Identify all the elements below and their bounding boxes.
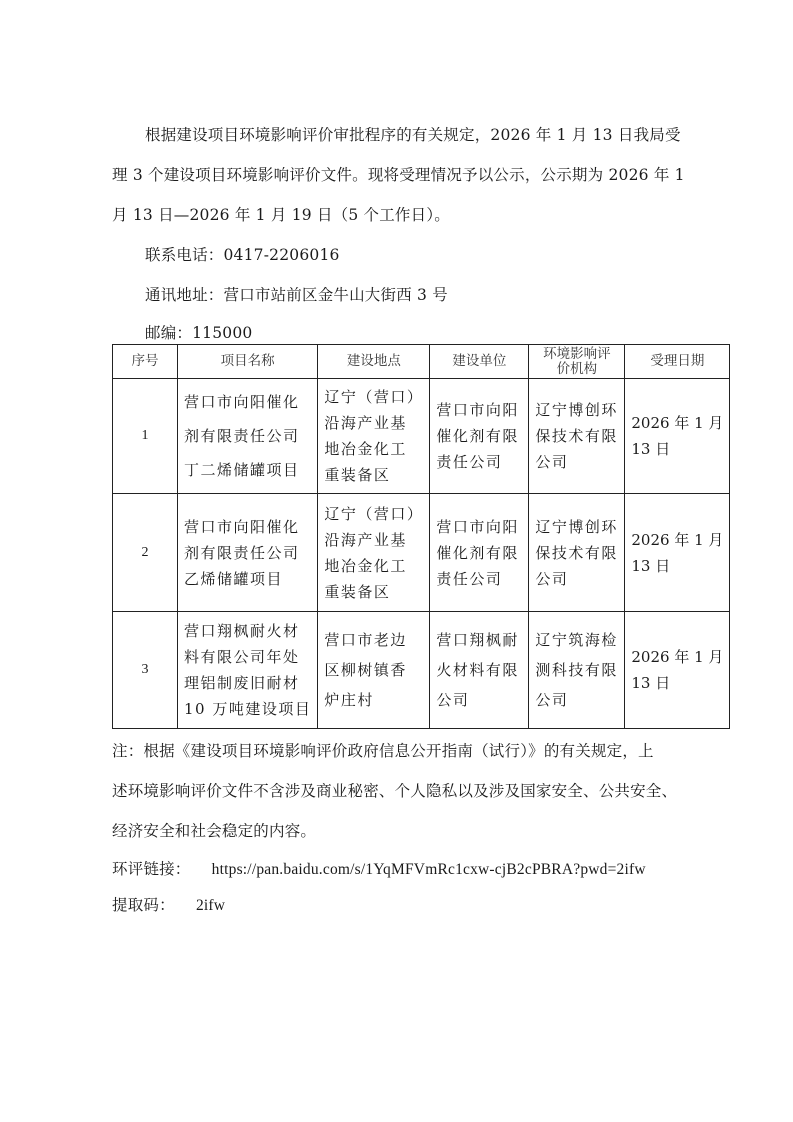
header-builder: 建设单位 <box>430 345 529 379</box>
cell-name: 营口市向阳催化 剂有限责任公司 乙烯储罐项目 <box>178 494 318 612</box>
cell-line: 营口市向阳催化 <box>184 385 311 419</box>
cell-line: 营口市老边 <box>324 625 423 655</box>
cell-name: 营口翔枫耐火材 料有限公司年处 理铝制废旧耐材 10 万吨建设项目 <box>178 612 318 729</box>
cell-agency: 辽宁博创环 保技术有限 公司 <box>529 379 625 494</box>
extraction-code-label: 提取码： <box>112 896 175 914</box>
cell-line: 剂有限责任公司 <box>184 540 311 566</box>
eia-link-row: 环评链接： https://pan.baidu.com/s/1YqMFVmRc1… <box>112 857 696 879</box>
cell-line: 重装备区 <box>324 462 423 488</box>
cell-line: 辽宁筑海检 <box>535 625 618 655</box>
cell-line: 2026 年 1 月 <box>631 644 723 670</box>
intro-line-3: 月 13 日—2026 年 1 月 19 日（5 个工作日）。 <box>112 203 696 225</box>
cell-line: 10 万吨建设项目 <box>184 696 311 722</box>
header-agency-line: 价机构 <box>535 362 618 377</box>
cell-builder: 营口市向阳 催化剂有限 责任公司 <box>430 379 529 494</box>
note-line-3: 经济安全和社会稳定的内容。 <box>112 819 696 841</box>
cell-line: 辽宁博创环 <box>535 514 618 540</box>
cell-line: 沿海产业基 <box>324 410 423 436</box>
postcode: 邮编：115000 <box>145 321 729 343</box>
cell-line: 责任公司 <box>436 566 522 592</box>
eia-link-label: 环评链接： <box>112 860 191 878</box>
cell-line: 催化剂有限 <box>436 423 522 449</box>
cell-line: 理铝制废旧耐材 <box>184 670 311 696</box>
cell-line: 保技术有限 <box>535 540 618 566</box>
cell-agency: 辽宁博创环 保技术有限 公司 <box>529 494 625 612</box>
cell-builder: 营口市向阳 催化剂有限 责任公司 <box>430 494 529 612</box>
cell-date: 2026 年 1 月 13 日 <box>625 379 730 494</box>
cell-line: 营口市向阳 <box>436 514 522 540</box>
cell-line: 2026 年 1 月 <box>631 410 723 436</box>
cell-date: 2026 年 1 月 13 日 <box>625 612 730 729</box>
cell-line: 地冶金化工 <box>324 436 423 462</box>
cell-line: 丁二烯储罐项目 <box>184 453 311 487</box>
table-row: 1 营口市向阳催化 剂有限责任公司 丁二烯储罐项目 辽宁（营口） 沿海产业基 地… <box>113 379 730 494</box>
cell-line: 公司 <box>436 685 522 715</box>
cell-location: 辽宁（营口） 沿海产业基 地冶金化工 重装备区 <box>318 494 430 612</box>
extraction-code-row: 提取码： 2ifw <box>112 893 696 915</box>
cell-no: 2 <box>113 494 178 612</box>
cell-line: 保技术有限 <box>535 423 618 449</box>
cell-line: 13 日 <box>631 670 723 696</box>
cell-line: 13 日 <box>631 436 723 462</box>
cell-line: 13 日 <box>631 553 723 579</box>
cell-line: 催化剂有限 <box>436 540 522 566</box>
cell-agency: 辽宁筑海检 测科技有限 公司 <box>529 612 625 729</box>
cell-date: 2026 年 1 月 13 日 <box>625 494 730 612</box>
cell-line: 火材料有限 <box>436 655 522 685</box>
cell-line: 辽宁（营口） <box>324 384 423 410</box>
cell-line: 辽宁（营口） <box>324 501 423 527</box>
cell-line: 营口市向阳 <box>436 397 522 423</box>
cell-line: 地冶金化工 <box>324 553 423 579</box>
cell-line: 剂有限责任公司 <box>184 419 311 453</box>
extraction-code-value: 2ifw <box>196 897 225 914</box>
cell-line: 测科技有限 <box>535 655 618 685</box>
header-name: 项目名称 <box>178 345 318 379</box>
note-line-1: 注：根据《建设项目环境影响评价政府信息公开指南（试行）》的有关规定，上 <box>112 739 696 761</box>
header-agency: 环境影响评 价机构 <box>529 345 625 379</box>
cell-no: 1 <box>113 379 178 494</box>
cell-line: 责任公司 <box>436 449 522 475</box>
cell-line: 公司 <box>535 449 618 475</box>
cell-line: 营口翔枫耐火材 <box>184 618 311 644</box>
table-header-row: 序号 项目名称 建设地点 建设单位 环境影响评 价机构 受理日期 <box>113 345 730 379</box>
cell-line: 公司 <box>535 685 618 715</box>
contact-address: 通讯地址：营口市站前区金牛山大街西 3 号 <box>145 283 729 305</box>
cell-line: 炉庄村 <box>324 685 423 715</box>
table-row: 2 营口市向阳催化 剂有限责任公司 乙烯储罐项目 辽宁（营口） 沿海产业基 地冶… <box>113 494 730 612</box>
cell-line: 料有限公司年处 <box>184 644 311 670</box>
cell-no: 3 <box>113 612 178 729</box>
header-location: 建设地点 <box>318 345 430 379</box>
cell-line: 营口市向阳催化 <box>184 514 311 540</box>
intro-line-1: 根据建设项目环境影响评价审批程序的有关规定，2026 年 1 月 13 日我局受 <box>145 123 729 145</box>
cell-name: 营口市向阳催化 剂有限责任公司 丁二烯储罐项目 <box>178 379 318 494</box>
intro-line-2: 理 3 个建设项目环境影响评价文件。现将受理情况予以公示，公示期为 2026 年… <box>112 163 696 185</box>
table-row: 3 营口翔枫耐火材 料有限公司年处 理铝制废旧耐材 10 万吨建设项目 营口市老… <box>113 612 730 729</box>
cell-builder: 营口翔枫耐 火材料有限 公司 <box>430 612 529 729</box>
header-agency-line: 环境影响评 <box>535 347 618 362</box>
contact-phone: 联系电话：0417-2206016 <box>145 243 729 265</box>
cell-line: 重装备区 <box>324 579 423 605</box>
project-table: 序号 项目名称 建设地点 建设单位 环境影响评 价机构 受理日期 1 营口市向阳… <box>112 344 730 729</box>
cell-line: 2026 年 1 月 <box>631 527 723 553</box>
cell-location: 营口市老边 区柳树镇香 炉庄村 <box>318 612 430 729</box>
cell-line: 乙烯储罐项目 <box>184 566 311 592</box>
header-date: 受理日期 <box>625 345 730 379</box>
cell-location: 辽宁（营口） 沿海产业基 地冶金化工 重装备区 <box>318 379 430 494</box>
header-no: 序号 <box>113 345 178 379</box>
cell-line: 辽宁博创环 <box>535 397 618 423</box>
cell-line: 公司 <box>535 566 618 592</box>
cell-line: 区柳树镇香 <box>324 655 423 685</box>
eia-link-url[interactable]: https://pan.baidu.com/s/1YqMFVmRc1cxw-cj… <box>212 861 646 878</box>
note-line-2: 述环境影响评价文件不含涉及商业秘密、个人隐私以及涉及国家安全、公共安全、 <box>112 779 696 801</box>
cell-line: 沿海产业基 <box>324 527 423 553</box>
cell-line: 营口翔枫耐 <box>436 625 522 655</box>
